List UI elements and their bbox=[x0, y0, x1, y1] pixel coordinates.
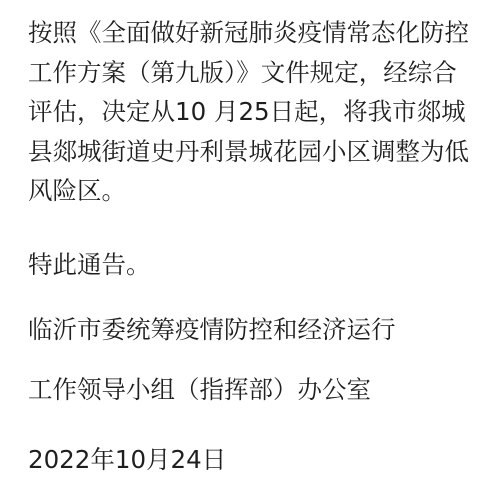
body-line: 工作方案（第九版）》文件规定，经综合 bbox=[28, 53, 469, 93]
announcement-body: 按照《全面做好新冠肺炎疫情常态化防控 工作方案（第九版）》文件规定，经综合 评估… bbox=[28, 13, 469, 211]
issuer-line-1: 临沂市委统筹疫情防控和经济运行 bbox=[28, 310, 396, 350]
body-line: 县郯城街道史丹利景城花园小区调整为低 bbox=[28, 132, 469, 172]
notice-statement: 特此通告。 bbox=[28, 245, 151, 285]
body-line: 按照《全面做好新冠肺炎疫情常态化防控 bbox=[28, 13, 469, 53]
issue-date: 2022年10月24日 bbox=[28, 440, 226, 480]
body-line: 评估，决定从10 月25日起，将我市郯城 bbox=[28, 92, 469, 132]
issuer-line-2: 工作领导小组（指挥部）办公室 bbox=[28, 370, 371, 410]
body-line: 风险区。 bbox=[28, 171, 469, 211]
